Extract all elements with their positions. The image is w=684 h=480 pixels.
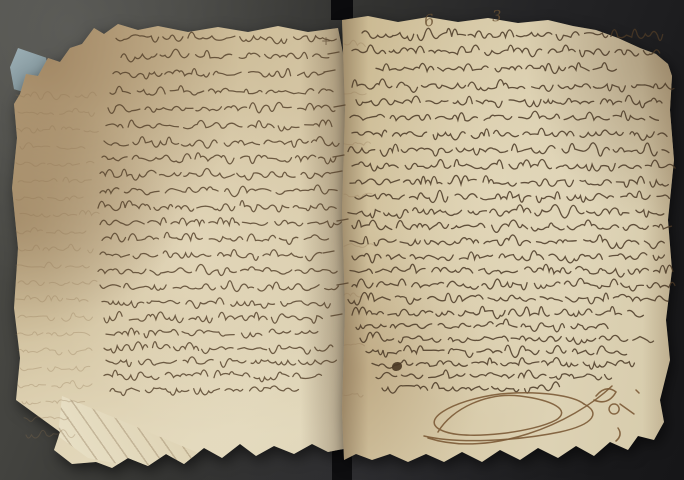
left-page-corner-fold	[8, 18, 348, 470]
right-page	[338, 10, 676, 472]
right-page-wrap	[338, 10, 676, 472]
ink-blot	[392, 362, 402, 371]
left-page-wrap	[8, 18, 348, 470]
margin-cross-mark: +	[321, 34, 331, 48]
folio-mark-right: 3	[491, 7, 502, 26]
left-page	[8, 18, 348, 470]
manuscript-photo: 6 3 +	[0, 0, 684, 480]
